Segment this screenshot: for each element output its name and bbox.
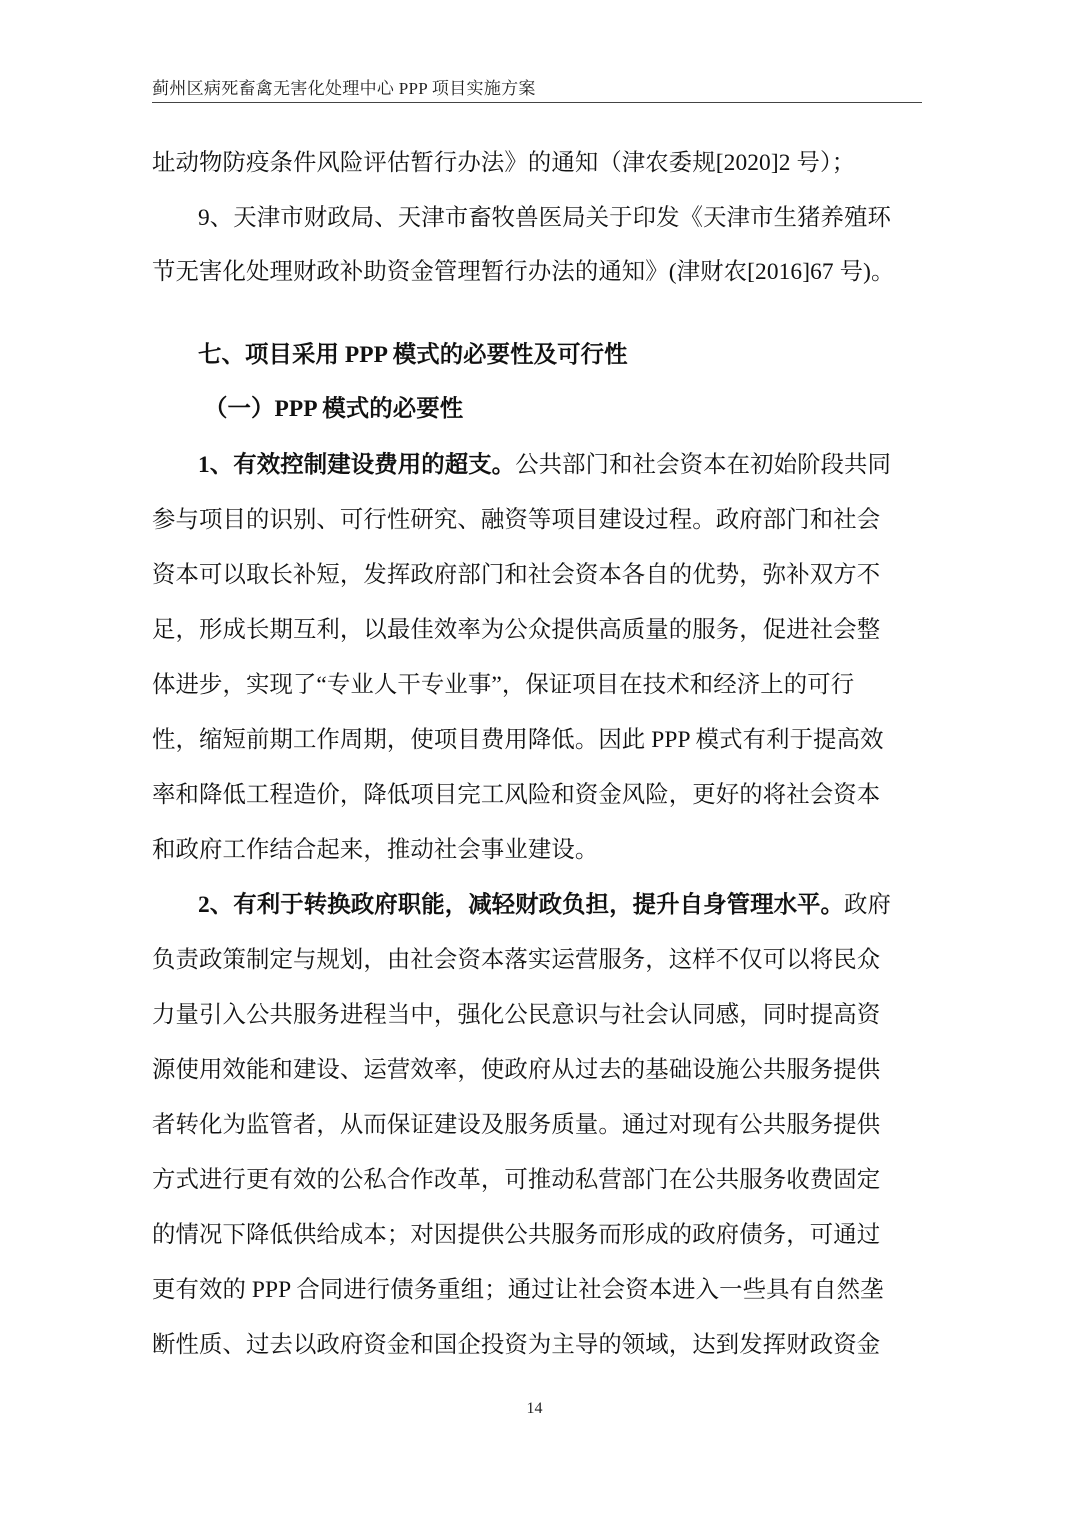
point-2-title: 2、有利于转换政府职能，减轻财政负担，提升自身管理水平。 — [198, 892, 844, 918]
text-line: 源使用效能和建设、运营效率，使政府从过去的基础设施公共服务提供 — [152, 1055, 880, 1085]
text-line: 性，缩短前期工作周期，使项目费用降低。因此 PPP 模式有利于提高效 — [152, 725, 884, 755]
text-line: 资本可以取长补短，发挥政府部门和社会资本各自的优势，弥补双方不 — [152, 560, 880, 590]
text-line: 足，形成长期互利，以最佳效率为公众提供高质量的服务，促进社会整 — [152, 615, 880, 645]
point-2-text: 政府 — [844, 892, 891, 918]
paragraph-point-1-lead: 1、有效控制建设费用的超支。公共部门和社会资本在初始阶段共同 — [198, 450, 891, 480]
point-1-text: 公共部门和社会资本在初始阶段共同 — [515, 452, 891, 478]
page-number: 14 — [0, 1400, 1069, 1418]
text-line: 节无害化处理财政补助资金管理暂行办法的通知》(津财农[2016]67 号)。 — [152, 257, 895, 287]
point-1-title: 1、有效控制建设费用的超支。 — [198, 452, 515, 478]
text-line: 者转化为监管者，从而保证建设及服务质量。通过对现有公共服务提供 — [152, 1110, 880, 1140]
page-header: 蓟州区病死畜禽无害化处理中心 PPP 项目实施方案 — [152, 74, 922, 103]
text-line: 参与项目的识别、可行性研究、融资等项目建设过程。政府部门和社会 — [152, 505, 880, 535]
subsection-heading: （一）PPP 模式的必要性 — [204, 394, 463, 424]
text-line: 方式进行更有效的公私合作改革，可推动私营部门在公共服务收费固定 — [152, 1165, 880, 1195]
section-heading: 七、项目采用 PPP 模式的必要性及可行性 — [198, 340, 628, 370]
text-line: 负责政策制定与规划，由社会资本落实运营服务，这样不仅可以将民众 — [152, 945, 880, 975]
text-line: 和政府工作结合起来，推动社会事业建设。 — [152, 835, 598, 865]
text-line: 体进步，实现了“专业人干专业事”，保证项目在技术和经济上的可行 — [152, 670, 854, 700]
paragraph-point-2-lead: 2、有利于转换政府职能，减轻财政负担，提升自身管理水平。政府 — [198, 890, 891, 920]
text-line: 断性质、过去以政府资金和国企投资为主导的领域，达到发挥财政资金 — [152, 1330, 880, 1360]
text-line: 址动物防疫条件风险评估暂行办法》的通知（津农委规[2020]2 号）； — [152, 148, 855, 178]
text-line: 的情况下降低供给成本；对因提供公共服务而形成的政府债务，可通过 — [152, 1220, 880, 1250]
text-line: 力量引入公共服务进程当中，强化公民意识与社会认同感，同时提高资 — [152, 1000, 880, 1030]
text-line: 率和降低工程造价，降低项目完工风险和资金风险，更好的将社会资本 — [152, 780, 880, 810]
text-line: 9、天津市财政局、天津市畜牧兽医局关于印发《天津市生猪养殖环 — [198, 203, 891, 233]
document-title: 蓟州区病死畜禽无害化处理中心 PPP 项目实施方案 — [152, 74, 536, 99]
text-line: 更有效的 PPP 合同进行债务重组；通过让社会资本进入一些具有自然垄 — [152, 1275, 884, 1305]
